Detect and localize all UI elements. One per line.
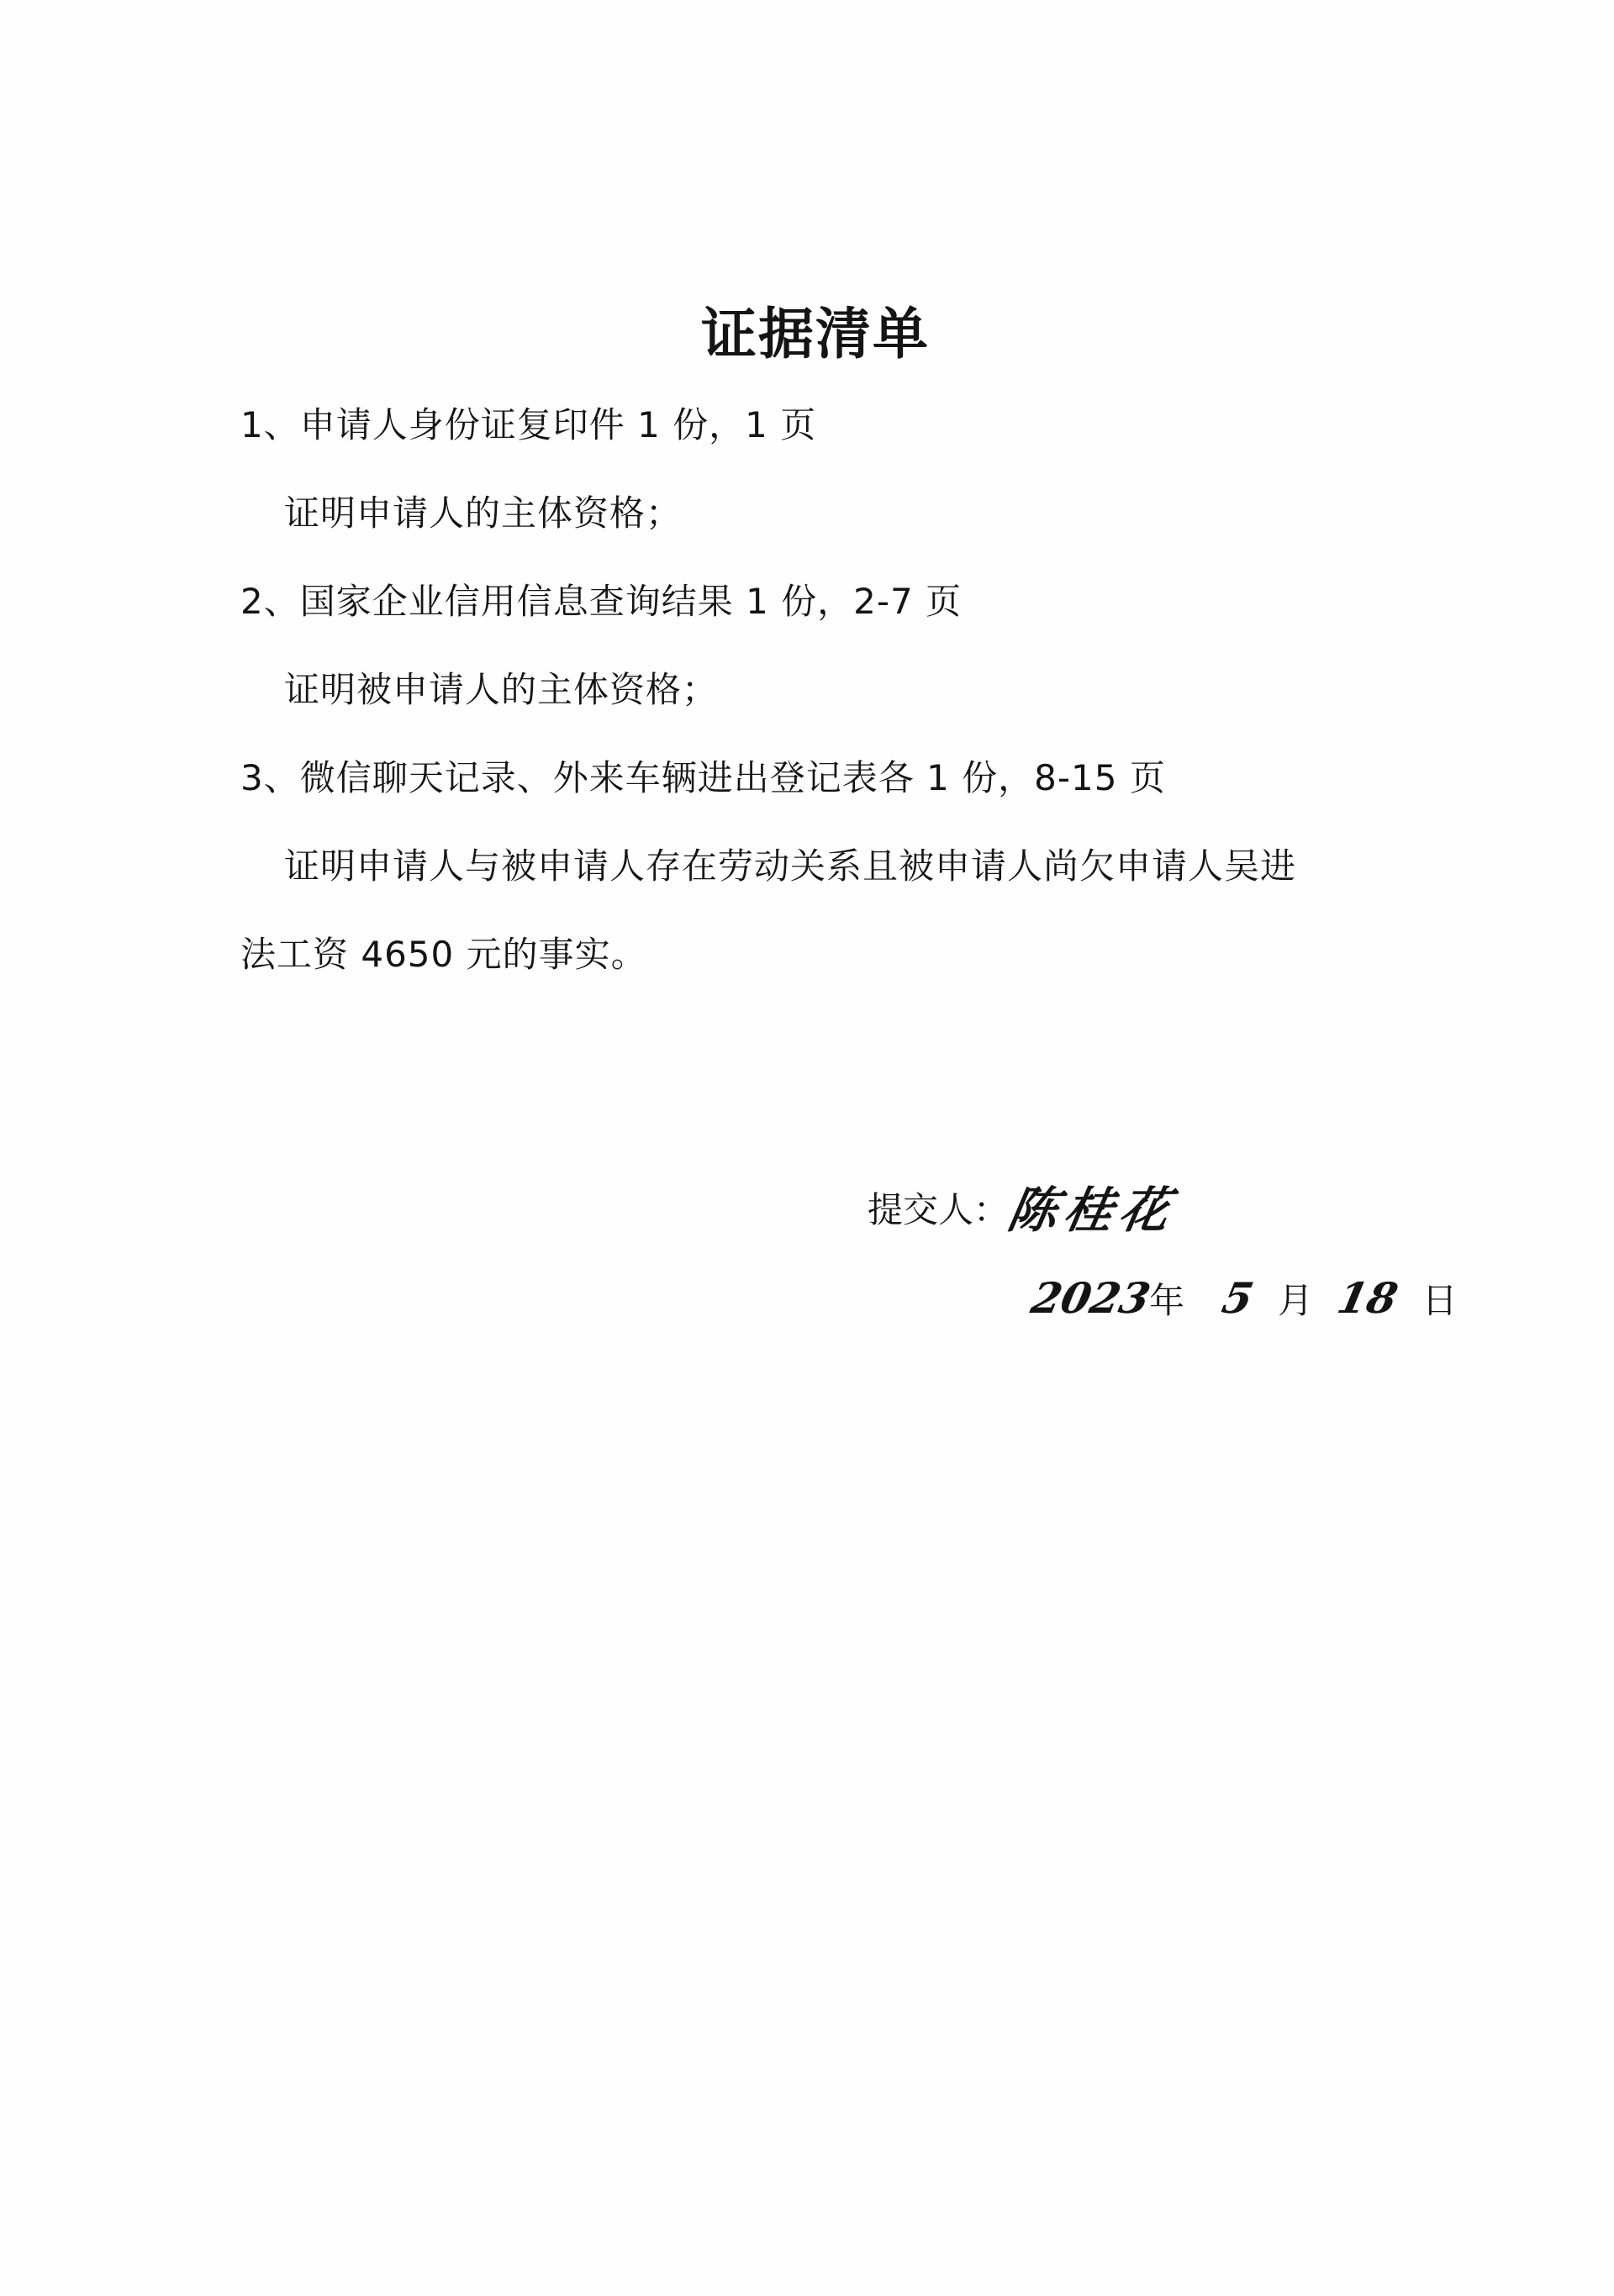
evidence-item-3-heading: 3、微信聊天记录、外来车辆进出登记表各 1 份，8-15 页 — [240, 755, 1166, 802]
evidence-item-1-heading: 1、申请人身份证复印件 1 份，1 页 — [240, 402, 816, 449]
date-day-unit: 日 — [1422, 1280, 1458, 1321]
submission-date: 2023年5月18日 — [1032, 1273, 1458, 1326]
date-year-unit: 年 — [1149, 1280, 1184, 1321]
date-year-handwritten: 2023 — [1027, 1273, 1155, 1324]
document-page: 证据清单 1、申请人身份证复印件 1 份，1 页 证明申请人的主体资格； 2、国… — [0, 0, 1614, 2296]
date-day-handwritten: 18 — [1333, 1273, 1402, 1324]
evidence-item-3-purpose: 证明申请人与被申请人存在劳动关系且被申请人尚欠申请人吴进 — [284, 843, 1296, 890]
evidence-item-1-purpose: 证明申请人的主体资格； — [284, 490, 682, 537]
evidence-item-3-purpose-continued: 法工资 4650 元的事实。 — [240, 931, 647, 978]
date-month-handwritten: 5 — [1218, 1273, 1258, 1324]
evidence-item-2-heading: 2、国家企业信用信息查询结果 1 份，2-7 页 — [240, 578, 962, 625]
submitter-label: 提交人： — [868, 1189, 1009, 1230]
date-month-unit: 月 — [1278, 1280, 1313, 1321]
evidence-item-2-purpose: 证明被申请人的主体资格； — [284, 666, 718, 714]
document-title: 证据清单 — [0, 301, 1614, 368]
submitter-line: 提交人：陈桂花 — [868, 1187, 1175, 1234]
submitter-signature: 陈桂花 — [1005, 1187, 1179, 1234]
